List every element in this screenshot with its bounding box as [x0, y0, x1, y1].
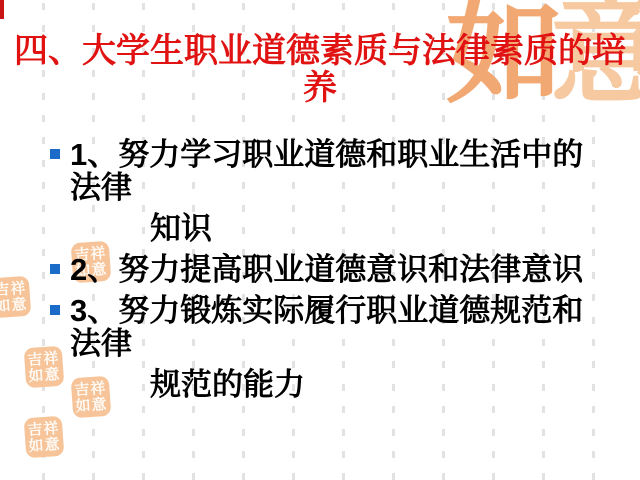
list-item-3: 3、努力锻炼实际履行职业道德规范和 法律 [0, 294, 612, 360]
list-item-1-continuation-text: 知识 [150, 212, 612, 245]
list-item-1-line-1: 1、努力学习职业道德和职业生活中的 [70, 138, 612, 171]
slide-title: 四、大学生职业道德素质与法律素质的培 养 [0, 33, 640, 107]
list-item-3-continuation: 规范的能力 [0, 368, 612, 401]
slide-title-line-2: 养 [0, 70, 640, 107]
bullet-square-icon [50, 149, 60, 159]
list-item-3-line-1: 3、努力锻炼实际履行职业道德规范和 [70, 294, 612, 327]
slide-canvas: 如意 吉祥如意 吉祥如意 吉祥如意 吉祥如意 吉祥如意 四、大学生职业道德素质与… [0, 0, 640, 480]
list-item-1-line-2: 法律 [70, 171, 612, 204]
list-item-3-continuation-text: 规范的能力 [150, 368, 612, 401]
slide-title-line-1: 四、大学生职业道德素质与法律素质的培 [0, 33, 640, 70]
bullet-square-icon [50, 264, 60, 274]
bullet-square-icon [50, 305, 60, 315]
list-item-1: 1、努力学习职业道德和职业生活中的 法律 [0, 138, 612, 204]
stamp-watermark: 吉祥如意 [24, 416, 65, 459]
list-item-3-line-2: 法律 [70, 327, 612, 360]
list-item-2: 2、努力提高职业道德意识和法律意识 [0, 253, 612, 286]
corner-accent-bar [0, 0, 4, 19]
slide-body: 1、努力学习职业道德和职业生活中的 法律 知识 2、努力提高职业道德意识和法律意… [0, 138, 612, 409]
stamp-watermark-text: 吉祥如意 [26, 420, 62, 454]
list-item-2-line-1: 2、努力提高职业道德意识和法律意识 [70, 253, 612, 286]
list-item-1-continuation: 知识 [0, 212, 612, 245]
